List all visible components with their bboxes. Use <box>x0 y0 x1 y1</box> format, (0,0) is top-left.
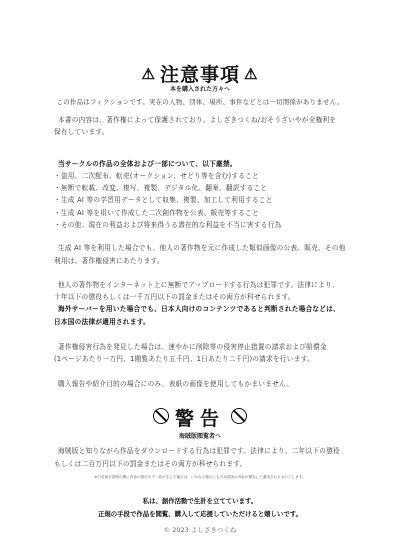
warning-subtitle: 海賊版閲覧者へ <box>0 431 400 440</box>
language-footnote: ※日英両言語版の間に内容の相反や不一致が生じた場合は、いかなる場合にも日本語版の… <box>0 475 400 480</box>
notice-title-text: 注意事項 <box>160 64 240 86</box>
overseas-para-line-1: 海外サーバーを用いた場合でも、日本人向けのコンテンツであると判断された場合などは… <box>58 303 340 313</box>
prohibited-item: ・生成 AI 等の学習用データとして収集、複製、加工して利用すること <box>54 194 273 204</box>
warning-triangle-icon: ⚠ <box>142 65 156 83</box>
ai-para-line-2: 利用は、著作権侵害にあたります。 <box>54 255 164 265</box>
warning-title: 警告 <box>0 404 400 431</box>
copyright-para-line-2: 保有しています。 <box>54 126 109 136</box>
prohibited-item: ・盗用、二次配布、転売(オークション、せどり等を含む)すること <box>54 170 259 180</box>
prohibited-item: ・無断で転載、改変、複写、複製、デジタル化、翻案、翻訳すること <box>54 182 267 192</box>
fiction-disclaimer: この作品はフィクションです。実在の人物、団体、場所、事件などとは一切関係がありま… <box>0 97 400 106</box>
warning-triangle-icon: ⚠ <box>244 65 258 83</box>
copyright-notice: © 2023 よしざきつくね <box>0 525 400 534</box>
prohibited-icon <box>231 408 247 424</box>
upload-para-line-1: 他人の著作物をインターネット上に無断でアップロードする行為は犯罪です。法律により… <box>58 279 339 289</box>
damages-para-line-2: (1ページあたり一万円、1閲覧あたり五千円、1日あたり二千円)の請求を行います。 <box>54 353 314 363</box>
appeal-line-2: 正規の手段で作品を閲覧、購入して応援していただけると嬉しいです。 <box>0 509 400 518</box>
damages-para-line-1: 著作権侵害行為を発見した場合は、速やかに削除等の侵害停止措置の請求および賠償金 <box>58 341 327 351</box>
prohibited-item: ・生成 AI 等を用いて作成した二次創作物を公表、販売等すること <box>54 207 259 217</box>
copyright-para-line-1: 本書の内容は、著作権によって保護されており、よしざきつくね/おそうざいやが全権利… <box>58 114 336 124</box>
notice-subtitle: 本を購入された方々へ <box>0 84 400 93</box>
prohibited-item: ・その他、現在の利益および将来得うる潜在的な利益を不当に害する行為 <box>54 219 282 229</box>
prohibited-heading: 当サークルの作品の全体および一部について、以下厳禁。 <box>58 158 237 168</box>
notice-title: ⚠注意事項⚠ <box>0 60 400 87</box>
pirate-para-line-2: もしくは二百万円以下の罰金またはその両方が科せられます。 <box>54 458 247 468</box>
warning-title-text: 警告 <box>175 408 225 430</box>
prohibited-icon <box>153 408 169 424</box>
ai-para-line-1: 生成 AI 等を利用した場合でも、他人の著作物を元に作成した類似画像の公表、販売… <box>58 242 346 252</box>
overseas-para-line-2: 日本国の法律が適用されます。 <box>54 316 150 326</box>
appeal-line-1: 私は、創作活動で生計を立てています。 <box>0 496 400 505</box>
cover-usage-para: 購入報告や紹介目的の場合にのみ、表紙の画像を使用してもかまいません。 <box>58 378 293 388</box>
pirate-para-line-1: 海賊版と知りながら作品をダウンロードする行為は犯罪です。法律により、二年以下の懲… <box>58 445 340 455</box>
upload-para-line-2: 十年以下の懲役もしくは一千万円以下の罰金またはその両方が科せられます。 <box>54 291 295 301</box>
